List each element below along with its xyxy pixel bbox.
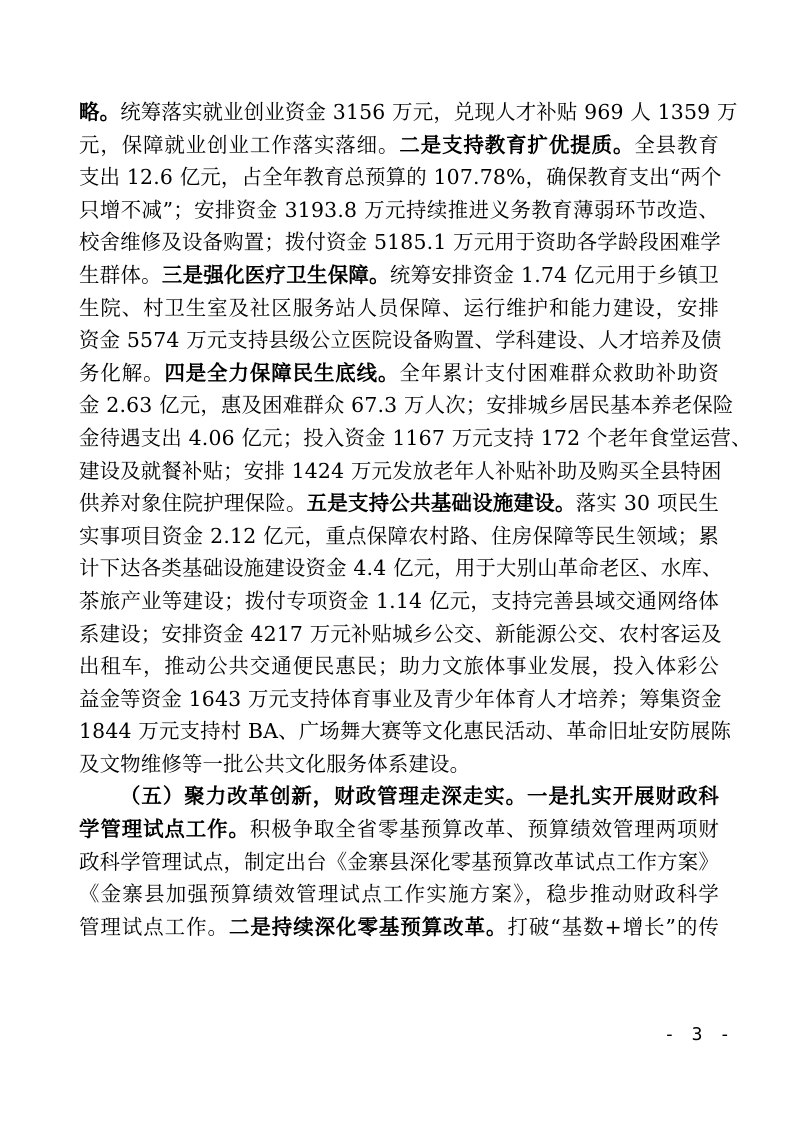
text-segment: 校舍维修及设备购置；拨付资金 5185.1 万元用于资助各学龄段困难学	[79, 230, 721, 254]
bold-heading: 二是支持教育扩优提质。	[399, 133, 634, 157]
body-text: 略。统筹落实就业创业资金 3156 万元，兑现人才补贴 969 人 1359 万…	[79, 96, 719, 943]
text-segment: 生群体。	[79, 263, 162, 287]
text-line: 茶旅产业等建设；拨付专项资金 1.14 亿元，支持完善县域交通网络体	[79, 585, 719, 618]
text-segment: 出租车，推动公共交通便民惠民；助力文旅体事业发展，投入体彩公	[79, 654, 719, 678]
text-segment: 务化解。	[79, 361, 164, 385]
text-line: 建设及就餐补贴；安排 1424 万元发放老年人补贴补助及购买全县特困	[79, 455, 719, 488]
text-line: 政科学管理试点，制定出台《金寨县深化零基预算改革试点工作方案》	[79, 846, 719, 879]
bold-heading: 学管理试点工作。	[79, 817, 250, 841]
text-line: 生院、村卫生室及社区服务站人员保障、运行维护和能力建设，安排	[79, 292, 719, 325]
text-segment: 支出 12.6 亿元，占全年教育总预算的 107.78%，确保教育支出“两个	[79, 165, 722, 189]
section-heading: （五）聚力改革创新，财政管理走深走实。一是扎实开展财政科	[120, 784, 719, 808]
text-line: 元，保障就业创业工作落实落细。二是支持教育扩优提质。全县教育	[79, 129, 719, 162]
bold-heading: 四是全力保障民生底线。	[164, 361, 399, 385]
text-line: 只增不减”；安排资金 3193.8 万元持续推进义务教育薄弱环节改造、	[79, 194, 719, 227]
text-segment: 打破“基数+增长”的传	[507, 915, 719, 939]
bold-heading: 二是持续深化零基预算改革。	[229, 915, 507, 939]
text-line: 支出 12.6 亿元，占全年教育总预算的 107.78%，确保教育支出“两个	[79, 161, 719, 194]
text-segment: 管理试点工作。	[79, 915, 229, 939]
text-segment: 1844 万元支持村 BA、广场舞大赛等文化惠民活动、革命旧址安防展陈	[79, 719, 731, 743]
text-line: 略。统筹落实就业创业资金 3156 万元，兑现人才补贴 969 人 1359 万	[79, 96, 719, 129]
text-segment: 落实 30 项民生	[576, 491, 719, 515]
text-segment: 元，保障就业创业工作落实落细。	[79, 133, 399, 157]
text-segment: 《金寨县加强预算绩效管理试点工作实施方案》，稳步推动财政科学	[79, 882, 719, 906]
text-segment: 政科学管理试点，制定出台《金寨县深化零基预算改革试点工作方案》	[79, 850, 719, 874]
text-line: 系建设；安排资金 4217 万元补贴城乡公交、新能源公交、农村客运及	[79, 618, 719, 651]
text-segment: 金待遇支出 4.06 亿元；投入资金 1167 万元支持 172 个老年食堂运营…	[79, 426, 752, 450]
text-line: 实事项目资金 2.12 亿元，重点保障农村路、住房保障等民生领域；累	[79, 520, 719, 553]
text-segment: 生院、村卫生室及社区服务站人员保障、运行维护和能力建设，安排	[79, 296, 719, 320]
bold-heading: 略。	[79, 100, 120, 124]
text-line: 务化解。四是全力保障民生底线。全年累计支付困难群众救助补助资	[79, 357, 719, 390]
text-line: 金 2.63 亿元，惠及困难群众 67.3 万人次；安排城乡居民基本养老保险	[79, 389, 719, 422]
text-line: 生群体。三是强化医疗卫生保障。统筹安排资金 1.74 亿元用于乡镇卫	[79, 259, 719, 292]
text-segment: 建设及就餐补贴；安排 1424 万元发放老年人补贴补助及购买全县特困	[79, 459, 722, 483]
text-segment: 计下达各类基础设施建设资金 4.4 亿元，用于大别山革命老区、水库、	[79, 556, 723, 580]
text-segment: 只增不减”；安排资金 3193.8 万元持续推进义务教育薄弱环节改造、	[79, 198, 719, 222]
text-line: 供养对象住院护理保险。五是支持公共基础设施建设。落实 30 项民生	[79, 487, 719, 520]
text-line: 资金 5574 万元支持县级公立医院设备购置、学科建设、人才培养及债	[79, 324, 719, 357]
text-line: 计下达各类基础设施建设资金 4.4 亿元，用于大别山革命老区、水库、	[79, 552, 719, 585]
text-line: 金待遇支出 4.06 亿元；投入资金 1167 万元支持 172 个老年食堂运营…	[79, 422, 719, 455]
text-segment: 全年累计支付困难群众救助补助资	[399, 361, 719, 385]
bold-heading: 五是支持公共基础设施建设。	[307, 491, 576, 515]
text-segment: 资金 5574 万元支持县级公立医院设备购置、学科建设、人才培养及债	[79, 328, 722, 352]
document-page: 略。统筹落实就业创业资金 3156 万元，兑现人才补贴 969 人 1359 万…	[0, 0, 793, 1122]
text-line: 1844 万元支持村 BA、广场舞大赛等文化惠民活动、革命旧址安防展陈	[79, 715, 719, 748]
section-heading-line: （五）聚力改革创新，财政管理走深走实。一是扎实开展财政科	[79, 780, 719, 813]
text-segment: 全县教育	[634, 133, 719, 157]
text-segment: 积极争取全省零基预算改革、预算绩效管理两项财	[250, 817, 719, 841]
text-segment: 统筹落实就业创业资金 3156 万元，兑现人才补贴 969 人 1359 万	[120, 100, 737, 124]
text-segment: 金 2.63 亿元，惠及困难群众 67.3 万人次；安排城乡居民基本养老保险	[79, 393, 733, 417]
text-segment: 系建设；安排资金 4217 万元补贴城乡公交、新能源公交、农村客运及	[79, 622, 722, 646]
text-segment: 供养对象住院护理保险。	[79, 491, 307, 515]
text-line: 益金等资金 1643 万元支持体育事业及青少年体育人才培养；筹集资金	[79, 683, 719, 716]
page-number: - 3 -	[664, 1024, 733, 1045]
text-segment: 益金等资金 1643 万元支持体育事业及青少年体育人才培养；筹集资金	[79, 687, 722, 711]
bold-heading: 三是强化医疗卫生保障。	[162, 263, 390, 287]
text-segment: 实事项目资金 2.12 亿元，重点保障农村路、住房保障等民生领域；累	[79, 524, 719, 548]
text-line: 及文物维修等一批公共文化服务体系建设。	[79, 748, 719, 781]
text-line: 学管理试点工作。积极争取全省零基预算改革、预算绩效管理两项财	[79, 813, 719, 846]
text-line: 《金寨县加强预算绩效管理试点工作实施方案》，稳步推动财政科学	[79, 878, 719, 911]
text-line: 管理试点工作。二是持续深化零基预算改革。打破“基数+增长”的传	[79, 911, 719, 944]
text-segment: 及文物维修等一批公共文化服务体系建设。	[79, 752, 470, 776]
text-segment: 茶旅产业等建设；拨付专项资金 1.14 亿元，支持完善县域交通网络体	[79, 589, 719, 613]
text-line: 校舍维修及设备购置；拨付资金 5185.1 万元用于资助各学龄段困难学	[79, 226, 719, 259]
text-line: 出租车，推动公共交通便民惠民；助力文旅体事业发展，投入体彩公	[79, 650, 719, 683]
text-segment: 统筹安排资金 1.74 亿元用于乡镇卫	[390, 263, 719, 287]
